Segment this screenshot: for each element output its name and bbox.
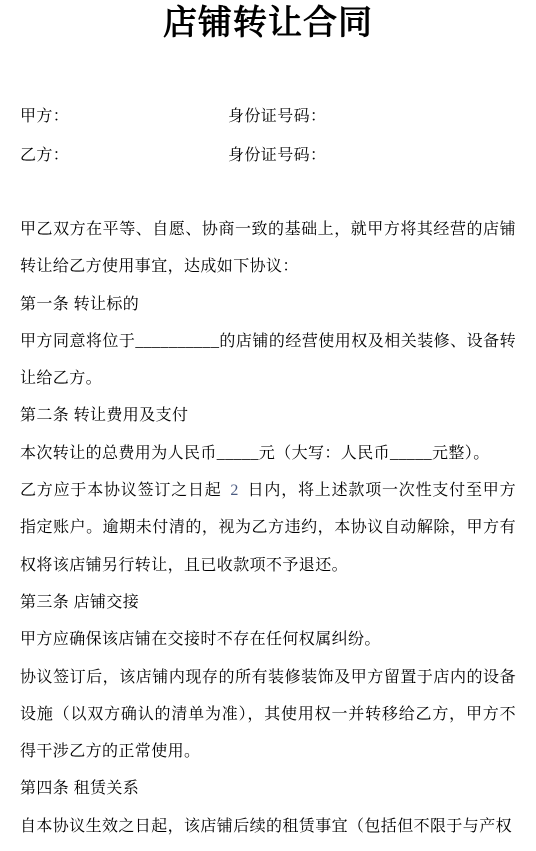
- section-2-fee-clause: 本次转让的总费用为人民币_____元（大写：人民币_____元整）。: [20, 435, 516, 472]
- contract-document-page: 店铺转让合同 甲方： 身份证号码： 乙方： 身份证号码： 甲乙双方在平等、自愿、…: [0, 0, 536, 851]
- section-3-clause-1: 甲方应确保该店铺在交接时不存在任何权属纠纷。: [20, 621, 516, 658]
- section-1-clause: 甲方同意将位于__________的店铺的经营使用权及相关装修、设备转让给乙方。: [20, 323, 516, 398]
- party-b-row: 乙方： 身份证号码：: [20, 143, 516, 169]
- section-3-clause-2: 协议签订后，该店铺内现存的所有装修装饰及甲方留置于店内的设备设施（以双方确认的清…: [20, 659, 516, 771]
- section-2-heading: 第二条 转让费用及支付: [20, 397, 516, 434]
- section-1-heading: 第一条 转让标的: [20, 286, 516, 323]
- section-4-clause-truncated: 自本协议生效之日起，该店铺后续的租赁事宜（包括但不限于与产权: [20, 808, 516, 845]
- party-b-label: 乙方：: [20, 143, 228, 169]
- section-2-payment-clause: 乙方应于本协议签订之日起 2 日内，将上述款项一次性支付至甲方指定账户。逾期未付…: [20, 472, 516, 584]
- party-a-id-label: 身份证号码：: [228, 104, 326, 130]
- party-block: 甲方： 身份证号码： 乙方： 身份证号码：: [20, 104, 516, 169]
- intro-paragraph: 甲乙双方在平等、自愿、协商一致的基础上，就甲方将其经营的店铺转让给乙方使用事宜，…: [20, 211, 516, 286]
- section-3-heading: 第三条 店铺交接: [20, 584, 516, 621]
- document-title: 店铺转让合同: [20, 2, 516, 46]
- contract-body: 甲乙双方在平等、自愿、协商一致的基础上，就甲方将其经营的店铺转让给乙方使用事宜，…: [20, 211, 516, 845]
- party-a-label: 甲方：: [20, 104, 228, 130]
- party-b-id-label: 身份证号码：: [228, 143, 326, 169]
- section-4-heading: 第四条 租赁关系: [20, 770, 516, 807]
- payment-days-value: 2: [230, 482, 238, 499]
- party-a-row: 甲方： 身份证号码：: [20, 104, 516, 130]
- payment-clause-pre: 乙方应于本协议签订之日起: [20, 482, 226, 499]
